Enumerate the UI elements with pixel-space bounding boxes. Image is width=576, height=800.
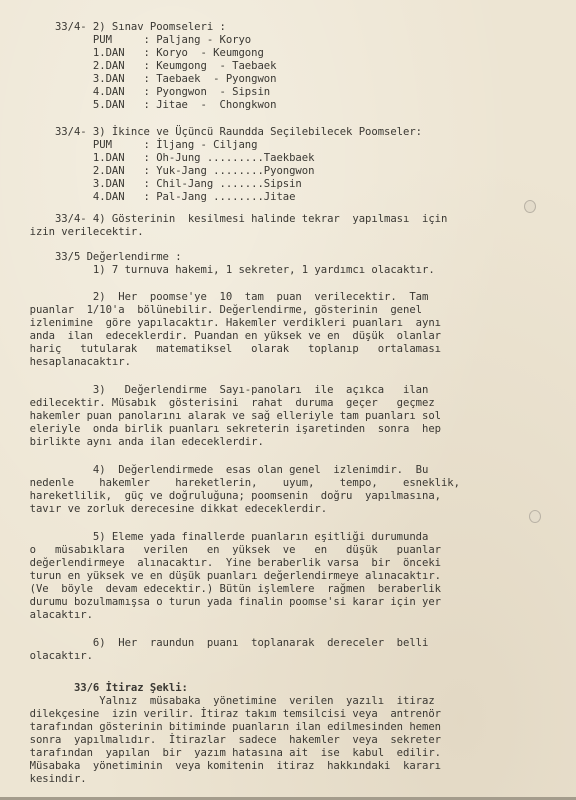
text-line: kesindir. [17, 773, 87, 785]
text-line: dilekçesine izin verilir. İtiraz takım t… [17, 708, 441, 720]
text-line: 33/4- 2) Sınav Poomseleri : [17, 21, 226, 33]
text-line: nedenle hakemler hareketlerin, uyum, tem… [17, 477, 460, 489]
text-line: edilecektir. Müsabık gösterisini rahat d… [17, 397, 435, 409]
text-line: izlenimine göre yapılacaktır. Hakemler v… [17, 317, 441, 329]
text-line: anda ilan edeceklerdir. Puandan en yükse… [17, 330, 441, 342]
text-line: (Ve böyle devam edecektir.) Bütün işleml… [17, 583, 441, 595]
text-line: Müsabaka yönetiminin veya komitenin itir… [17, 760, 441, 772]
text-line: 4) Değerlendirmede esas olan genel izlen… [17, 464, 428, 476]
text-line: 33/5 Değerlendirme : [17, 251, 182, 263]
text-line: 4.DAN : Pal-Jang ........Jitae [17, 191, 295, 203]
text-line: 33/4- 3) İkince ve Üçüncü Raundda Seçile… [17, 126, 422, 138]
text-line: tarafından gösterinin bitiminde puanları… [17, 721, 441, 733]
text-line: 3.DAN : Chil-Jang .......Sipsin [17, 178, 302, 190]
punch-hole-mark [524, 200, 536, 213]
text-line: hariç tutularak matematiksel olarak topl… [17, 343, 441, 355]
text-line: 6) Her raundun puanı toplanarak derecele… [17, 637, 428, 649]
text-line: izin verilecektir. [17, 226, 144, 238]
text-line: PUM : İljang - Ciljang [17, 139, 257, 151]
punch-hole-mark [529, 510, 541, 523]
text-line: 5) Eleme yada finallerde puanların eşitl… [17, 531, 428, 543]
text-line: durumu bozulmamışsa o turun yada finalin… [17, 596, 441, 608]
text-line: puanlar 1/10'a bölünebilir. Değerlendirm… [17, 304, 422, 316]
text-line: 2.DAN : Keumgong - Taebaek [17, 60, 276, 72]
text-line: 5.DAN : Jitae - Chongkwon [17, 99, 276, 111]
text-line: 1.DAN : Koryo - Keumgong [17, 47, 264, 59]
text-line: sonra yapılmalıdır. İtirazlar sadece hak… [17, 734, 441, 746]
text-line: birlikte aynı anda ilan edeceklerdir. [17, 436, 264, 448]
text-line: 1) 7 turnuva hakemi, 1 sekreter, 1 yardı… [17, 264, 435, 276]
text-line: 33/4- 4) Gösterinin kesilmesi halinde te… [17, 213, 447, 225]
text-line: 4.DAN : Pyongwon - Sipsin [17, 86, 270, 98]
text-line: Yalnız müsabaka yönetimine verilen yazıl… [17, 695, 435, 707]
text-line: değerlendirmeye alınacaktır. Yine berabe… [17, 557, 441, 569]
text-line: hakemler puan panolarını alarak ve sağ e… [17, 410, 441, 422]
text-line: olacaktır. [17, 650, 93, 662]
text-line: 3) Değerlendirme Sayı-panoları ile açıkc… [17, 384, 428, 396]
text-line: 2) Her poomse'ye 10 tam puan verilecekti… [17, 291, 428, 303]
text-line: alacaktır. [17, 609, 93, 621]
text-line: 33/6 İtiraz Şekli: [17, 682, 188, 694]
text-line: o müsabıklara verilen en yüksek ve en dü… [17, 544, 441, 556]
text-line: 3.DAN : Taebaek - Pyongwon [17, 73, 276, 85]
text-line: eleriyle onda birlik puanları sekreterin… [17, 423, 441, 435]
text-line: hareketlilik, güç ve doğruluğuna; poomse… [17, 490, 441, 502]
text-line: PUM : Paljang - Koryo [17, 34, 251, 46]
text-line: 1.DAN : Oh-Jung .........Taekbaek [17, 152, 314, 164]
text-line: 2.DAN : Yuk-Jang ........Pyongwon [17, 165, 314, 177]
text-line: tavır ve zorluk derecesine dikkat edecek… [17, 503, 327, 515]
text-line: turun en yüksek ve en düşük puanları değ… [17, 570, 441, 582]
text-line: tarafından yapılan bir yazım hatasına ai… [17, 747, 441, 759]
text-line: hesaplanacaktır. [17, 356, 131, 368]
